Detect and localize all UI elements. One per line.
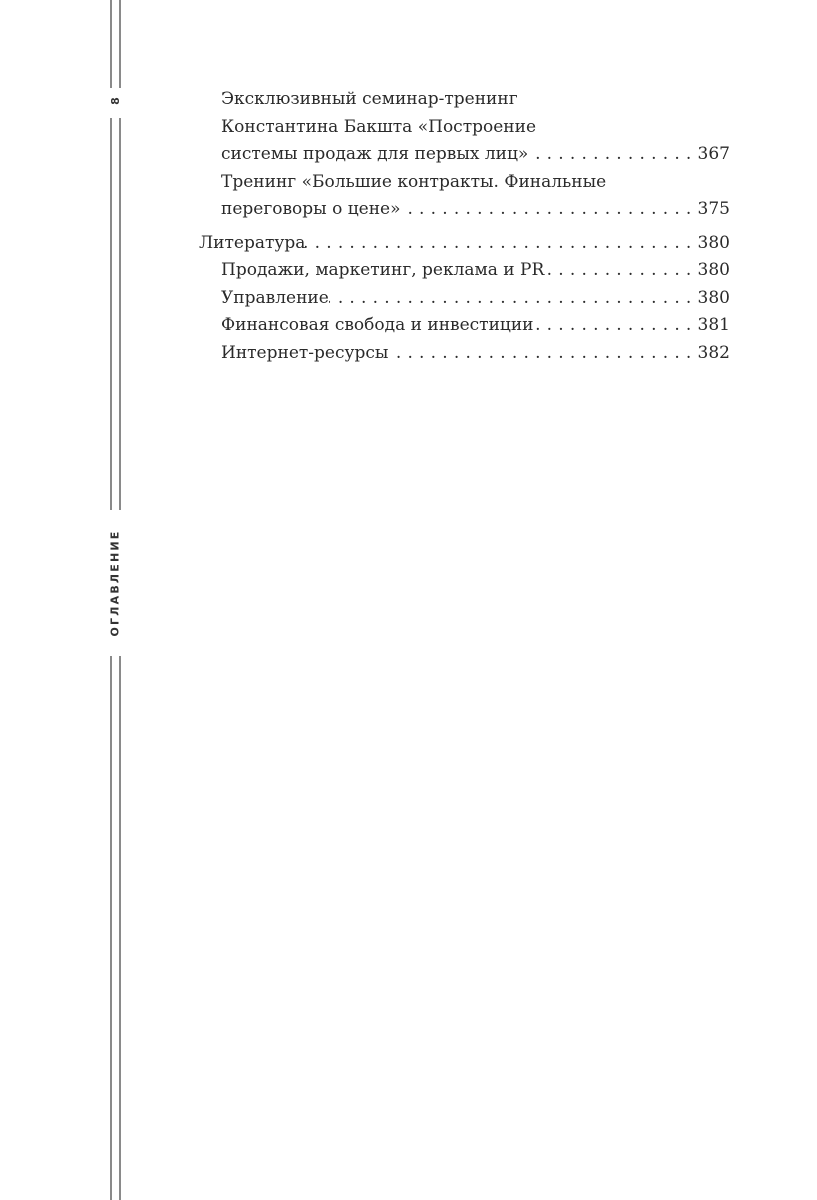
toc-entry-line: Тренинг «Большие контракты. Финальные — [221, 169, 730, 197]
toc-entry-title: системы продаж для первых лиц» — [221, 141, 528, 169]
margin-rule-right-top — [119, 0, 121, 88]
toc-entry-last-line: Интернет-ресурсы .......................… — [221, 340, 730, 368]
toc-entry[interactable]: Эксклюзивный семинар-тренинг Константина… — [199, 86, 730, 169]
toc-page-number: 380 — [698, 285, 730, 313]
toc-entry-last-line: переговоры о цене» .....................… — [221, 196, 730, 224]
toc-entry[interactable]: Литература .............................… — [199, 230, 730, 258]
margin-rule-right-bottom — [119, 656, 121, 1200]
margin-rule-left-middle — [110, 118, 112, 510]
toc-entry-title: Интернет-ресурсы — [221, 340, 388, 368]
dot-leader: ........................................… — [528, 141, 697, 169]
toc-page-number: 375 — [698, 196, 730, 224]
toc-entry[interactable]: Тренинг «Большие контракты. Финальные пе… — [199, 169, 730, 224]
toc-entry-last-line: системы продаж для первых лиц» .........… — [221, 141, 730, 169]
toc-entry-title: Продажи, маркетинг, реклама и PR — [221, 257, 544, 285]
toc-entry-title: переговоры о цене» — [221, 196, 401, 224]
running-head: ОГЛАВЛЕНИЕ — [109, 530, 122, 637]
toc-entry-title: Литература — [199, 230, 305, 258]
dot-leader: ........................................… — [305, 230, 697, 258]
toc-entry-line: Эксклюзивный семинар-тренинг — [221, 86, 730, 114]
toc-page-number: 380 — [698, 257, 730, 285]
toc-entry[interactable]: Финансовая свобода и инвестиции ........… — [199, 312, 730, 340]
dot-leader: ........................................… — [544, 257, 697, 285]
toc-page-number: 380 — [698, 230, 730, 258]
dot-leader: ........................................… — [388, 340, 697, 368]
dot-leader: ........................................… — [534, 312, 698, 340]
toc-entry-line: Константина Бакшта «Построение — [221, 114, 730, 142]
margin-rule-right-middle — [119, 118, 121, 510]
dot-leader: ........................................… — [401, 196, 698, 224]
margin-rule-left-bottom — [110, 656, 112, 1200]
toc-page-number: 367 — [698, 141, 730, 169]
toc-entry-last-line: Финансовая свобода и инвестиции ........… — [221, 312, 730, 340]
toc-entry[interactable]: Интернет-ресурсы .......................… — [199, 340, 730, 368]
toc-entry-title: Управление — [221, 285, 329, 313]
toc-entry-title: Финансовая свобода и инвестиции — [221, 312, 534, 340]
toc-entry[interactable]: Управление .............................… — [199, 285, 730, 313]
toc-entry[interactable]: Продажи, маркетинг, реклама и PR .......… — [199, 257, 730, 285]
page-number: 8 — [109, 88, 123, 114]
table-of-contents: Эксклюзивный семинар-тренинг Константина… — [199, 86, 730, 367]
toc-page-number: 382 — [698, 340, 730, 368]
toc-entry-last-line: Продажи, маркетинг, реклама и PR .......… — [221, 257, 730, 285]
toc-page-number: 381 — [698, 312, 730, 340]
dot-leader: ........................................… — [329, 285, 698, 313]
toc-entry-last-line: Литература .............................… — [199, 230, 730, 258]
margin-rule-left-top — [110, 0, 112, 88]
toc-entry-last-line: Управление .............................… — [221, 285, 730, 313]
